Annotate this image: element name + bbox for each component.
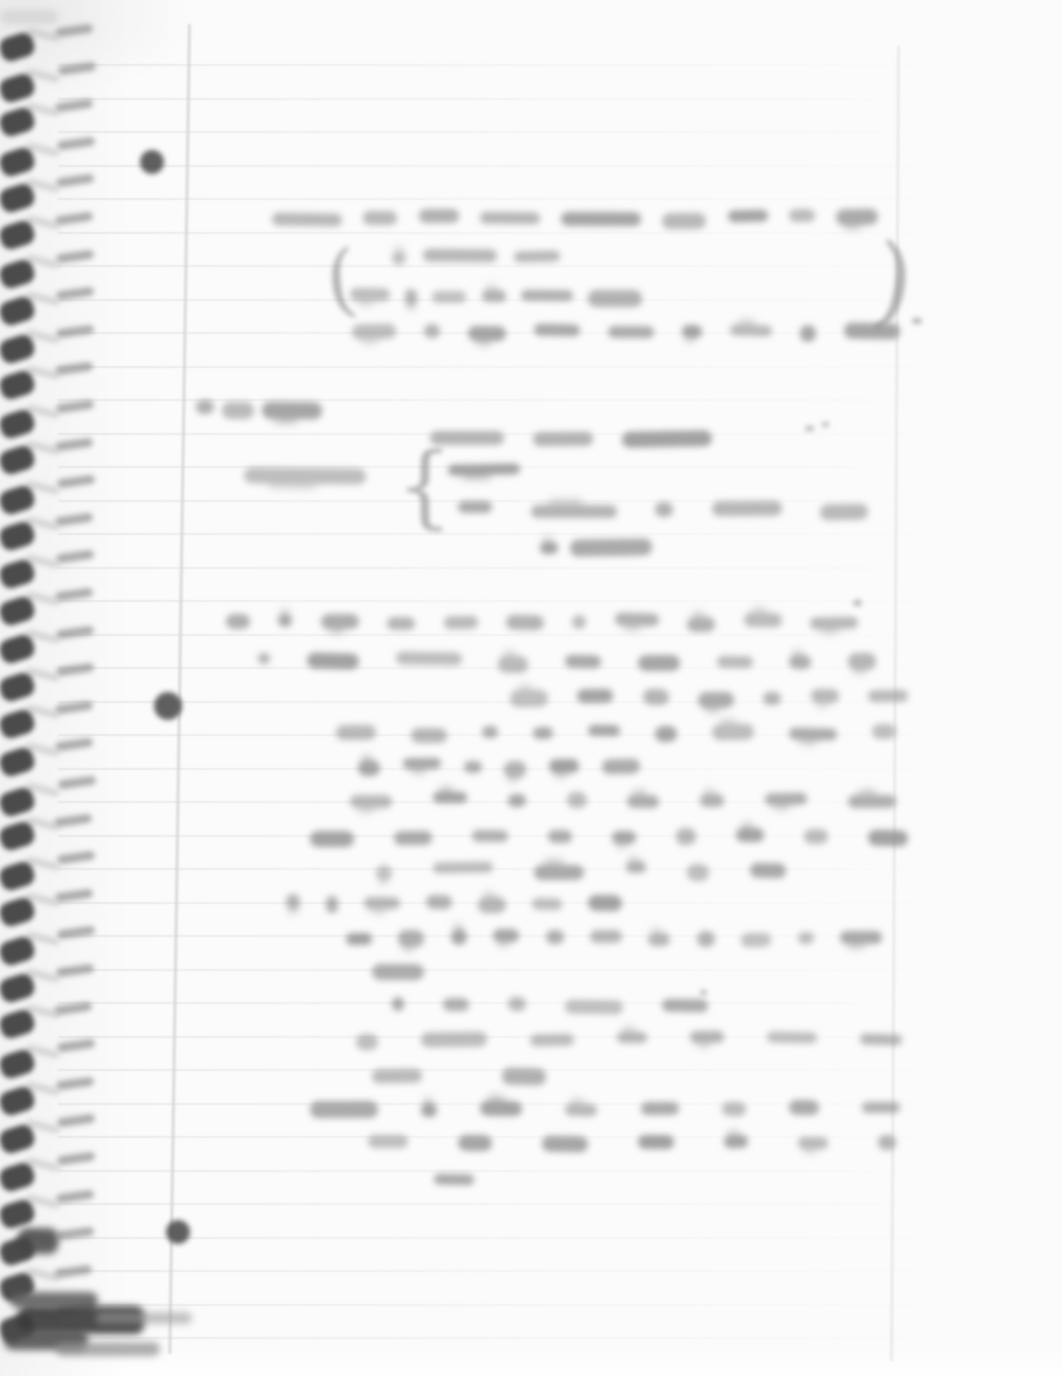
handwriting-word (356, 1033, 378, 1049)
handwriting-stroke (820, 626, 839, 633)
handwriting-word (736, 828, 764, 842)
handwriting-word (244, 467, 366, 484)
handwriting-word (336, 725, 376, 740)
handwriting-word (868, 830, 908, 847)
handwriting-word (741, 933, 771, 948)
handwriting-word (724, 1134, 748, 1147)
handwriting-word (638, 655, 680, 671)
handwriting-word (820, 503, 868, 520)
handwriting-word (572, 615, 586, 629)
handwriting-word (434, 1174, 474, 1186)
handwriting-stroke (440, 787, 454, 794)
handwriting-word (767, 1031, 817, 1043)
handwriting-word (836, 208, 878, 225)
handwriting-word (615, 612, 659, 626)
handwriting-stroke (358, 805, 375, 812)
handwriting-stroke (410, 767, 425, 774)
handwriting-stroke (358, 298, 374, 305)
handwriting-word (862, 1102, 900, 1113)
ink-mark (700, 990, 707, 995)
handwriting-word (510, 690, 548, 707)
handwriting-word (433, 862, 493, 874)
handwriting-word (602, 758, 640, 774)
handwriting-word (451, 929, 467, 945)
handwriting-stroke (572, 1099, 585, 1106)
handwriting-word (542, 1136, 588, 1153)
handwriting-word (765, 793, 807, 806)
handwriting-stroke (498, 939, 508, 946)
handwriting-line (430, 429, 712, 451)
handwriting-stroke (623, 1027, 635, 1034)
handwriting-word (588, 290, 642, 307)
handwriting-word (840, 931, 882, 944)
handwriting-word (798, 1137, 828, 1149)
handwriting-word (626, 861, 646, 873)
handwriting-stroke (454, 924, 462, 931)
handwriting-stroke (844, 221, 861, 228)
handwriting-word (588, 725, 620, 737)
handwriting-layer: ({) (0, 0, 1062, 1376)
handwriting-stroke (705, 789, 715, 796)
handwriting-word (423, 249, 497, 263)
handwriting-word (458, 1135, 492, 1151)
handwriting-stroke (816, 700, 827, 707)
handwriting-word (424, 324, 440, 339)
handwriting-stroke (738, 320, 755, 327)
handwriting-word (561, 212, 641, 226)
handwriting-stroke (794, 650, 803, 657)
handwriting-word (642, 689, 668, 705)
handwriting-word (716, 656, 752, 669)
handwriting-word (789, 655, 811, 669)
handwriting-line (310, 826, 908, 848)
handwriting-word (590, 930, 622, 943)
handwriting-word (545, 929, 563, 943)
handwriting-word (394, 830, 432, 844)
handwriting-word (448, 463, 520, 475)
handwriting-word (697, 931, 715, 948)
handwriting-word (346, 932, 372, 944)
handwriting-word (655, 502, 673, 517)
handwriting-word (418, 209, 458, 223)
handwriting-word (565, 1000, 623, 1015)
handwriting-line (310, 1099, 900, 1121)
handwriting-word (326, 896, 338, 913)
handwriting-word (789, 1099, 819, 1114)
handwriting-word (810, 617, 858, 630)
handwriting-word (848, 653, 876, 670)
handwriting-word (860, 1034, 902, 1046)
handwriting-stroke (408, 303, 416, 310)
handwriting-word (358, 760, 380, 776)
ink-mark (805, 426, 814, 431)
handwriting-word (387, 617, 415, 630)
handwriting-word (514, 250, 560, 262)
handwriting-word (508, 997, 526, 1011)
handwriting-word (570, 538, 652, 556)
handwriting-word (392, 251, 406, 266)
handwriting-line (540, 538, 652, 560)
handwriting-word (226, 614, 250, 629)
handwriting-stroke (489, 1096, 506, 1103)
handwriting-stroke (858, 790, 877, 797)
handwriting-word (612, 831, 636, 844)
handwriting-stroke (774, 802, 791, 809)
handwriting-word (711, 501, 781, 517)
handwriting-word (502, 1068, 546, 1086)
handwriting-word (521, 290, 573, 302)
handwriting-line (258, 651, 876, 673)
handwriting-word (310, 1101, 378, 1118)
handwriting-stroke (289, 906, 297, 913)
handwriting-word (508, 794, 526, 808)
handwriting-word (482, 289, 506, 301)
handwriting-word (698, 692, 734, 708)
handwriting-word (376, 865, 392, 881)
handwriting-word (278, 614, 292, 627)
handwriting-word (627, 795, 659, 808)
handwriting-word (363, 211, 397, 225)
handwriting-word (540, 541, 558, 553)
handwriting-word (426, 895, 452, 910)
ink-mark (853, 600, 862, 606)
handwriting-line (358, 757, 640, 779)
handwriting-word (534, 865, 584, 880)
handwriting-word (262, 402, 322, 420)
handwriting-word (482, 726, 498, 738)
handwriting-stroke (486, 284, 496, 291)
handwriting-stroke (630, 856, 638, 863)
handwriting-word (443, 616, 477, 630)
handwriting-word (565, 654, 601, 668)
handwriting-stroke (379, 878, 387, 885)
handwriting-word (700, 794, 724, 807)
handwriting-word (350, 795, 392, 808)
handwriting-word (588, 895, 622, 912)
handwriting-word (421, 1103, 437, 1117)
handwriting-stroke (634, 790, 647, 797)
handwriting-stroke (517, 685, 532, 692)
handwriting-word (506, 615, 544, 630)
handwriting-word (433, 792, 467, 803)
handwriting-line (434, 1169, 478, 1191)
handwriting-line (392, 248, 560, 270)
handwriting-word (577, 688, 613, 702)
handwriting-word (372, 964, 424, 980)
handwriting-word (722, 1101, 746, 1115)
handwriting-stroke (555, 769, 567, 776)
handwriting-stroke (281, 609, 289, 616)
handwriting-word (743, 612, 781, 627)
handwriting-word (368, 1135, 408, 1148)
handwriting-stroke (742, 823, 753, 830)
handwriting-word (464, 761, 482, 773)
handwriting-word (789, 727, 837, 740)
handwriting-stroke (424, 1098, 432, 1105)
handwriting-line (392, 996, 708, 1018)
handwriting-word (811, 689, 839, 704)
handwriting-line (196, 397, 314, 419)
handwriting-stroke (504, 651, 516, 658)
small-brace-stroke: ( (322, 239, 361, 322)
handwriting-stroke (653, 928, 662, 935)
handwriting-word (682, 325, 702, 338)
handwriting-stroke (720, 719, 737, 726)
handwriting-word (478, 896, 506, 913)
handwriting-line (272, 208, 878, 230)
handwriting-word (272, 213, 342, 227)
handwriting-word (532, 898, 562, 910)
handwriting-word (804, 829, 828, 845)
handwriting-word (868, 690, 908, 702)
handwriting-stroke (544, 860, 564, 867)
handwriting-word (530, 504, 616, 517)
handwriting-word (458, 501, 492, 513)
handwriting-stroke (462, 472, 491, 480)
handwriting-word (727, 209, 767, 222)
handwriting-line (376, 860, 786, 882)
handwriting-stroke (854, 667, 865, 674)
handwriting-word (648, 933, 670, 946)
handwriting-stroke (361, 336, 379, 343)
handwriting-word (443, 998, 469, 1011)
handwriting-word (533, 727, 553, 739)
handwriting-word (549, 759, 579, 773)
handwriting-stroke (274, 416, 298, 423)
handwriting-word (662, 213, 706, 229)
handwriting-word (398, 930, 424, 947)
handwriting-line (458, 500, 868, 522)
handwriting-stroke (328, 627, 343, 634)
handwriting-word (480, 1101, 522, 1116)
handwriting-word (411, 728, 447, 744)
handwriting-word (676, 827, 696, 844)
handwriting-word (498, 656, 528, 673)
handwriting-stroke (751, 607, 766, 614)
handwriting-word (763, 692, 781, 705)
handwriting-word (872, 724, 896, 739)
handwriting-word (608, 326, 654, 338)
handwriting-stroke (509, 775, 518, 782)
handwriting-word (310, 831, 354, 847)
handwriting-word (321, 614, 359, 630)
handwriting-stroke (403, 944, 413, 951)
handwriting-word (405, 289, 417, 306)
handwriting-word (712, 724, 754, 741)
handwriting-stroke (483, 892, 494, 899)
handwriting-word (403, 758, 441, 770)
handwriting-line (226, 612, 858, 634)
handwriting-line (368, 1134, 896, 1156)
handwriting-line (286, 893, 622, 915)
handwriting-line (336, 723, 896, 745)
handwriting-line (448, 463, 522, 485)
handwriting-word (533, 432, 593, 447)
handwriting-line (356, 1030, 902, 1052)
handwriting-line (350, 287, 642, 309)
handwriting-stroke (395, 246, 403, 253)
handwriting-word (395, 652, 461, 666)
handwriting-word (493, 929, 519, 942)
handwriting-line (352, 322, 900, 344)
handwriting-stroke (371, 906, 385, 913)
handwriting-word (196, 400, 214, 415)
handwriting-word (307, 653, 359, 670)
handwriting-word (534, 323, 580, 336)
scanned-page: ({) (0, 0, 1062, 1376)
handwriting-word (750, 862, 786, 878)
handwriting-word (504, 761, 526, 778)
handwriting-word (565, 1104, 597, 1117)
handwriting-stroke (548, 500, 582, 507)
handwriting-word (662, 999, 708, 1013)
handwriting-stroke (697, 1040, 711, 1047)
handwriting-word (480, 211, 540, 223)
handwriting-stroke (848, 941, 865, 948)
handwriting-word (530, 1033, 574, 1046)
handwriting-word (468, 326, 506, 341)
big-brace-stroke: { (396, 442, 453, 532)
handwriting-word (432, 291, 466, 303)
handwriting-stroke (705, 704, 719, 711)
handwriting-word (222, 401, 254, 418)
handwriting-word (258, 653, 270, 664)
handwriting-word (472, 830, 508, 842)
handwriting-stroke (686, 334, 694, 341)
handwriting-word (641, 1102, 679, 1115)
handwriting-word (638, 1135, 674, 1149)
handwriting-line (346, 928, 882, 950)
handwriting-word (848, 795, 896, 808)
handwriting-word (286, 894, 300, 910)
handwriting-word (392, 997, 404, 1011)
handwriting-word (730, 325, 772, 338)
handwriting-word (622, 430, 712, 448)
handwriting-line (372, 962, 434, 984)
handwriting-stroke (475, 337, 490, 344)
handwriting-word (548, 829, 572, 843)
handwriting-word (352, 324, 396, 340)
handwriting-word (655, 726, 677, 742)
handwriting-word (878, 1135, 896, 1150)
handwriting-stroke (729, 1129, 739, 1136)
handwriting-line (372, 1065, 546, 1087)
handwriting-line (350, 791, 896, 813)
handwriting-word (372, 1069, 422, 1083)
handwriting-stroke (362, 755, 371, 762)
handwriting-line (244, 466, 366, 488)
handwriting-stroke (804, 1146, 816, 1153)
handwriting-stroke (693, 612, 704, 619)
handwriting-word (617, 1032, 647, 1043)
handwriting-word (421, 1031, 487, 1046)
handwriting-line (510, 687, 908, 709)
handwriting-stroke (543, 536, 551, 543)
handwriting-stroke (798, 736, 817, 743)
handwriting-stroke (268, 480, 317, 488)
handwriting-word (800, 324, 816, 341)
handwriting-word (687, 617, 715, 632)
handwriting-word (566, 792, 586, 809)
handwriting-word (364, 896, 400, 909)
handwriting-stroke (617, 841, 627, 848)
handwriting-word (687, 863, 709, 880)
handwriting-word (798, 932, 814, 944)
ink-mark (822, 422, 829, 427)
handwriting-word (789, 208, 815, 221)
ink-mark (912, 318, 922, 324)
handwriting-word (690, 1031, 724, 1043)
handwriting-stroke (623, 622, 641, 629)
